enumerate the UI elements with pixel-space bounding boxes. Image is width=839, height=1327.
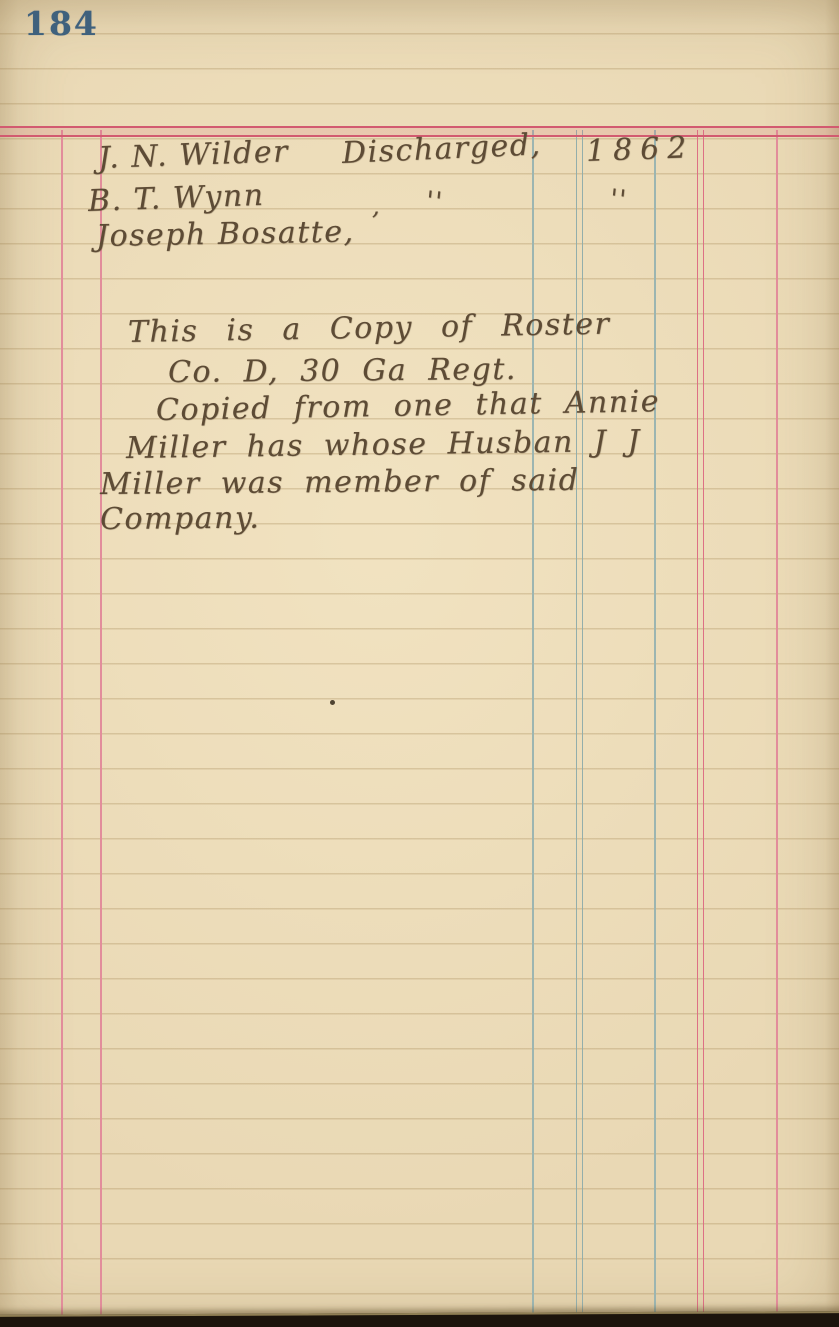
note-line: Miller has whose Husban J J bbox=[126, 424, 641, 466]
note-line: Miller was member of said bbox=[100, 463, 580, 502]
ruled-line-blue-2 bbox=[654, 130, 656, 1315]
ink-speck bbox=[330, 700, 335, 705]
entry-name: J. N. Wilder bbox=[97, 134, 289, 176]
entry-year: 1862 bbox=[585, 130, 695, 169]
entry-comma: , bbox=[372, 192, 381, 220]
scanned-ledger-page: 184 J. N. Wilder Discharged, 1862 B. T. … bbox=[0, 0, 839, 1327]
ruled-line-pink-name-column bbox=[100, 130, 102, 1315]
entry-name: Joseph Bosatte, bbox=[96, 214, 355, 254]
note-line: This is a Copy of Roster bbox=[128, 307, 611, 350]
ruled-line-pink-right bbox=[776, 130, 778, 1315]
entry-name: B. T. Wynn bbox=[87, 178, 265, 219]
page-bottom-scan-edge bbox=[0, 1311, 839, 1327]
ditto-mark-year: '' bbox=[608, 184, 628, 216]
note-line: Copied from one that Annie bbox=[156, 384, 661, 428]
note-line: Company. bbox=[100, 501, 261, 537]
entry-status: Discharged, bbox=[341, 127, 542, 171]
ruled-line-pink-double bbox=[697, 130, 704, 1315]
ruled-line-pink-left-margin bbox=[61, 130, 63, 1315]
ditto-mark-status: '' bbox=[424, 186, 444, 218]
note-line: Co. D, 30 Ga Regt. bbox=[168, 352, 517, 390]
page-number: 184 bbox=[24, 4, 99, 43]
